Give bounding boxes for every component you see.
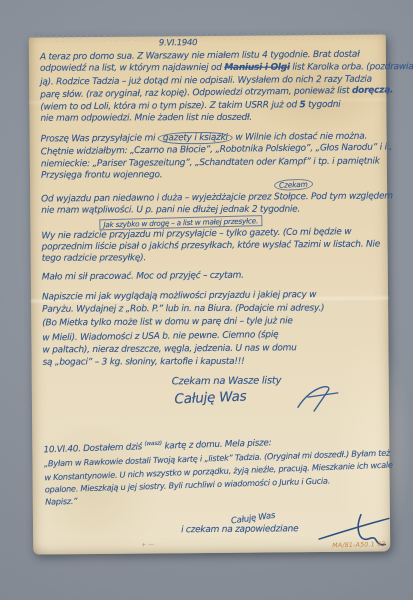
letter-line: są „bogaci” – 3 kg. słoniny, kartofle i … [43, 355, 382, 370]
letter-line: odpowiedź na list, w którym najdawniej o… [40, 62, 379, 76]
emphasized-text: doręczą. [352, 86, 393, 97]
paragraph-1: A teraz pro domo sua. Z Warszawy nie mia… [40, 49, 380, 126]
postscript-closing-line: i czekam na zapowiedziane [181, 524, 298, 535]
postscript-section: 10.VI.40. Dostałem dziś (wasz) kartę z d… [43, 431, 384, 510]
letter-line: Paryżu. Wydajnej z „Rob. P.” lub in. na … [42, 302, 381, 317]
line-text: odpowiedź na list, w którym najdawniej o… [40, 63, 224, 74]
line-text: Proszę Was przysyłajcie mi [41, 133, 158, 144]
letter-line: nie mam wątpliwości. U p. pani nie dłuże… [41, 204, 380, 217]
scanned-letter-photo: { "colors": { "background": "#8c929b", "… [0, 0, 413, 600]
paragraph-5: Napiszcie mi jak wyglądają możliwości pr… [42, 289, 382, 371]
paragraph-2: Proszę Was przysyłajcie mi gazety i ksią… [41, 131, 380, 184]
paragraph-3: Od wyjazdu pan niedawno i duża – wyjeżdż… [41, 192, 381, 267]
letter-paper: 9.VI.1940 A teraz pro domo sua. Z Warsza… [29, 34, 390, 554]
letter-line: Przysięga frontu wojennego. [41, 168, 380, 182]
circled-insertion: Czekam [274, 178, 313, 191]
line-text: list Karolka orba. (pozdrawiam [290, 62, 413, 73]
letter-line: tego radzicie przesyłkę). [42, 252, 381, 265]
letter-line: Mało mi sił pracować. Moc od przyjęć – c… [42, 269, 381, 284]
signature-flourish-icon [294, 381, 346, 415]
line-text: (wiem to od Loli, która mi o tym pisze).… [40, 100, 299, 112]
line-text: 10.VI.40. Dostałem dziś [43, 442, 144, 455]
letter-date: 9.VI.1940 [159, 37, 379, 49]
paragraph-4: Mało mi sił pracować. Moc od przyjęć – c… [42, 269, 381, 284]
archive-number: MA/81-A50.1 93 [332, 541, 385, 549]
letter-line: nie mam odpowiedzi. Mnie żaden list nie … [40, 111, 379, 125]
line-text: tygodni [305, 99, 340, 109]
superscript-insertion: (wasz) [144, 441, 162, 448]
line-text: kartę z domu. Mela pisze: [162, 438, 272, 451]
pencil-mark: + — [141, 541, 154, 548]
strikethrough-text: Maniusi i Olgi [224, 63, 290, 73]
circled-text: gazety i książki [158, 132, 233, 145]
